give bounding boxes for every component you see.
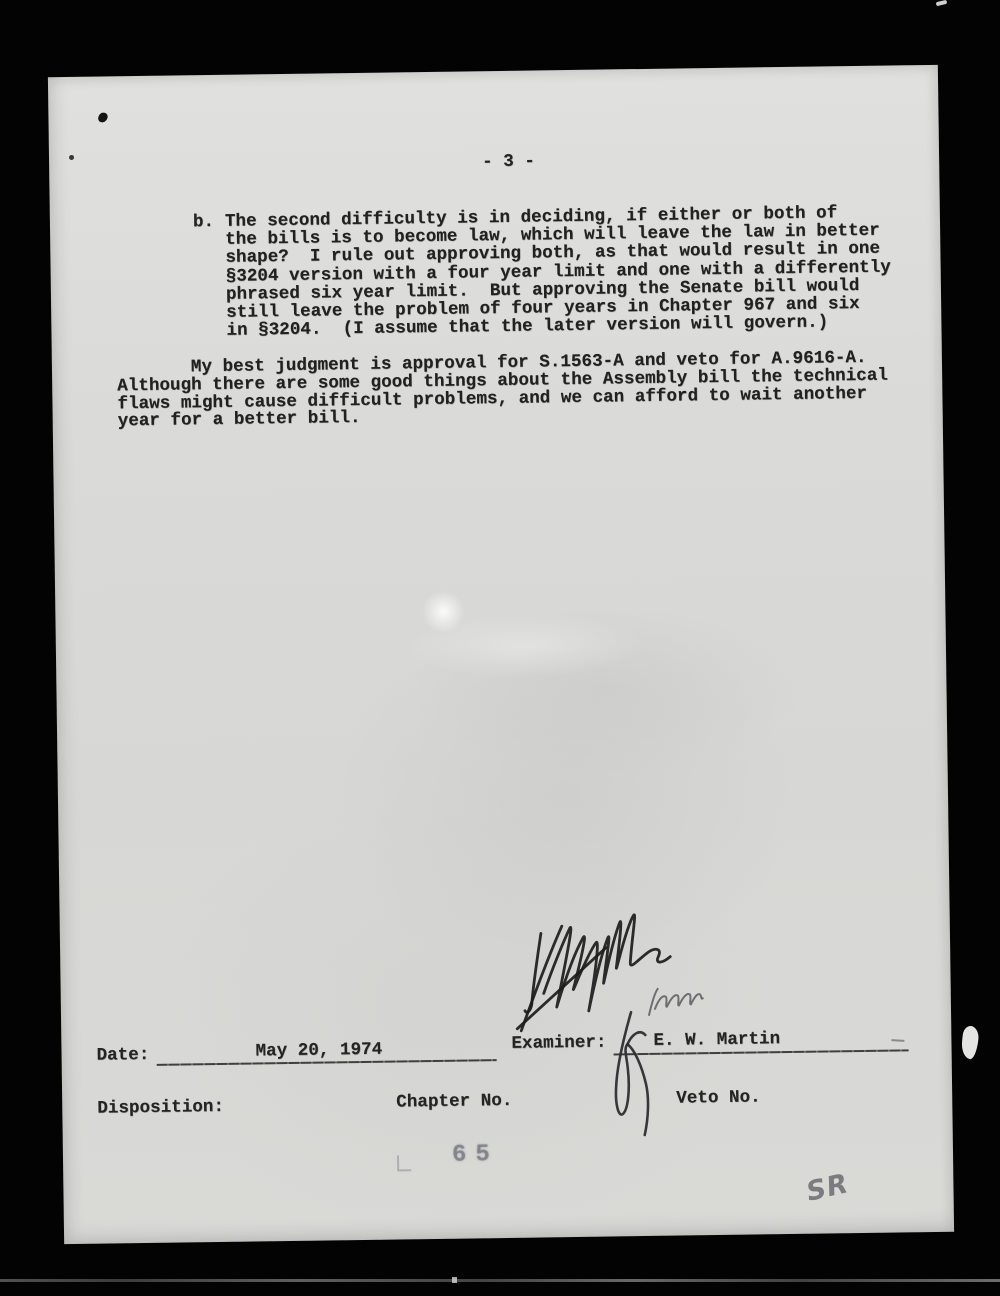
veto-pen-stroke xyxy=(601,1004,683,1145)
date-value: May 20, 1974 xyxy=(255,1041,382,1061)
scanned-page: - 3 - b. The second difficulty is in dec… xyxy=(48,65,954,1244)
ink-speck xyxy=(97,111,109,123)
date-label: Date: xyxy=(96,1046,149,1065)
ink-speck xyxy=(69,155,74,160)
item-b-paragraph: The second difficulty is in deciding, if… xyxy=(225,204,892,341)
examiner-value: E. W. Martin xyxy=(653,1030,780,1050)
scan-artifact-tick xyxy=(452,1277,457,1283)
scan-artifact-nick xyxy=(936,0,948,6)
scan-artifact-blob xyxy=(960,1025,979,1059)
pencil-dash xyxy=(891,1039,904,1042)
stamp-number: 65 xyxy=(452,1143,499,1168)
page-number: - 3 - xyxy=(482,152,535,171)
examiner-label: Examiner: xyxy=(511,1034,606,1053)
faint-corner-mark xyxy=(397,1155,411,1171)
veto-no-label: Veto No. xyxy=(676,1088,761,1107)
scan-artifact-line xyxy=(0,1279,1000,1282)
disposition-label: Disposition: xyxy=(97,1098,224,1118)
handwritten-initials: SR xyxy=(804,1170,851,1206)
item-b-label: b. xyxy=(193,213,214,231)
chapter-no-label: Chapter No. xyxy=(396,1092,512,1112)
closing-paragraph: My best judgment is approval for S.1563-… xyxy=(117,350,889,432)
